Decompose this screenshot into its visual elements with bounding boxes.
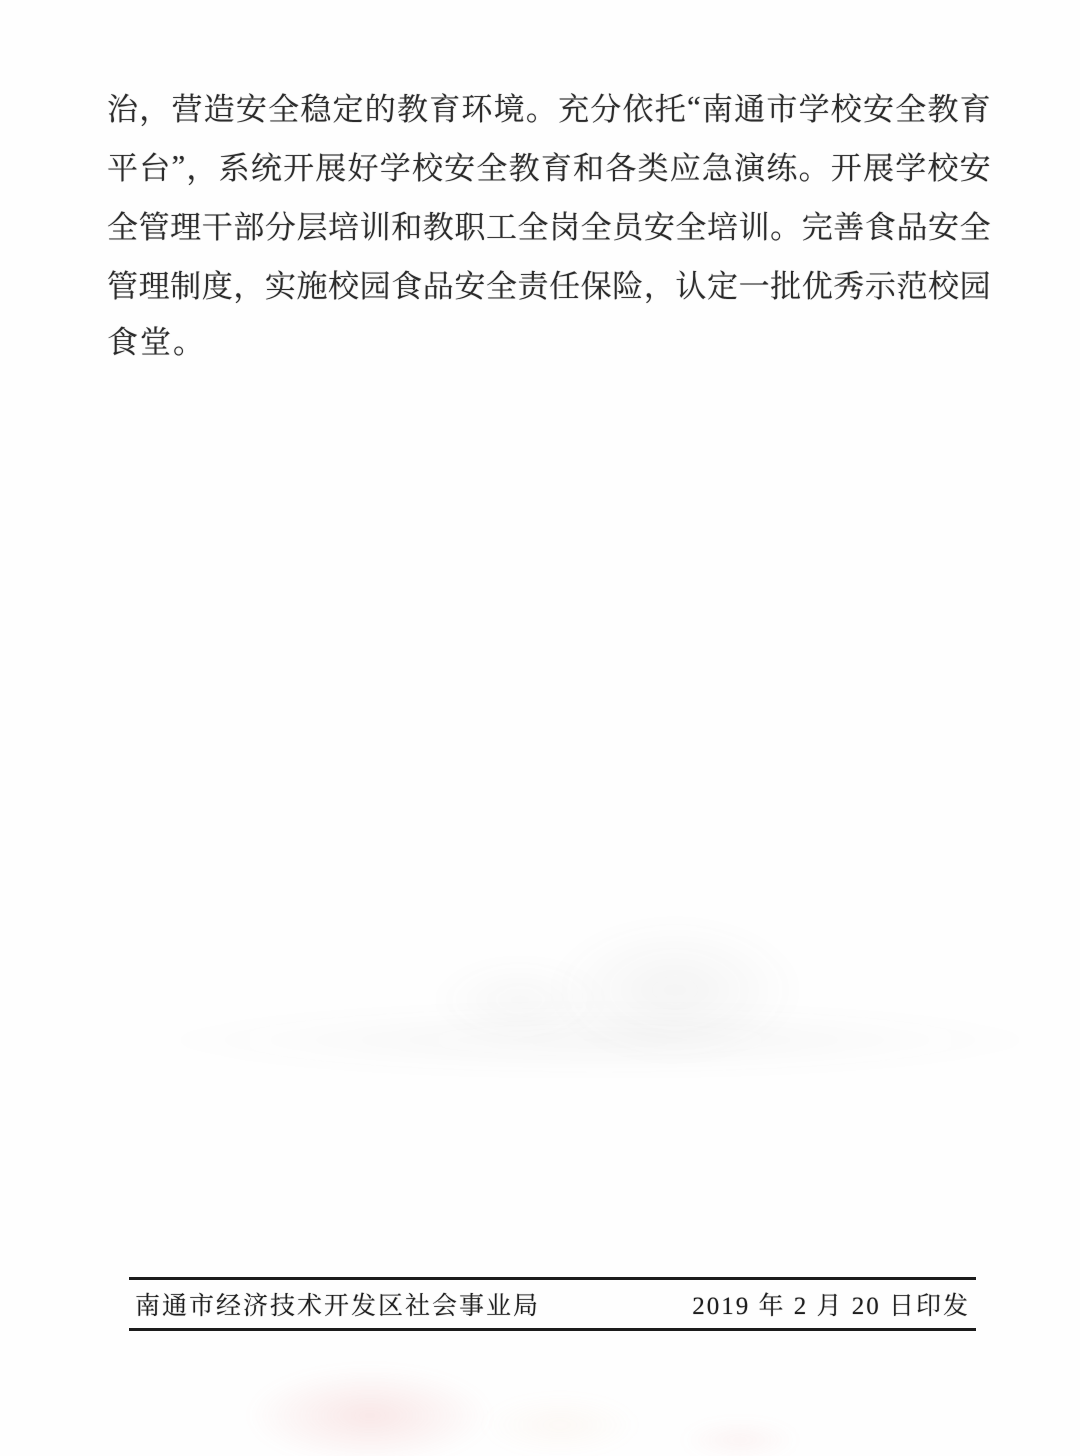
- seal-bleedthrough-smudge: [680, 1420, 800, 1456]
- paragraph-line-2: 平台”，系统开展好学校安全教育和各类应急演练。开展学校安: [107, 136, 991, 195]
- seal-bleedthrough-smudge: [480, 1395, 640, 1455]
- scanned-document-page: 治，营造安全稳定的教育环境。充分依托“南通市学校安全教育 平台”，系统开展好学校…: [0, 0, 1080, 1456]
- paragraph-line-4: 管理制度，实施校园食品安全责任保险，认定一批优秀示范校园: [107, 254, 991, 313]
- body-paragraph: 治，营造安全稳定的教育环境。充分依托“南通市学校安全教育 平台”，系统开展好学校…: [107, 77, 991, 372]
- colophon-footer: 南通市经济技术开发区社会事业局 2019 年 2 月 20 日印发: [129, 1277, 976, 1331]
- issuing-department: 南通市经济技术开发区社会事业局: [135, 1286, 540, 1322]
- paragraph-line-1: 治，营造安全稳定的教育环境。充分依托“南通市学校安全教育: [107, 77, 991, 136]
- paragraph-line-3: 全管理干部分层培训和教职工全岗全员安全培训。完善食品安全: [107, 195, 991, 254]
- scan-smudge: [180, 1005, 1020, 1075]
- paragraph-line-5: 食堂。: [107, 313, 991, 372]
- scan-smudge: [545, 915, 805, 1065]
- print-date: 2019 年 2 月 20 日印发: [692, 1286, 970, 1322]
- seal-bleedthrough-smudge: [250, 1368, 490, 1456]
- scan-smudge: [430, 955, 610, 1045]
